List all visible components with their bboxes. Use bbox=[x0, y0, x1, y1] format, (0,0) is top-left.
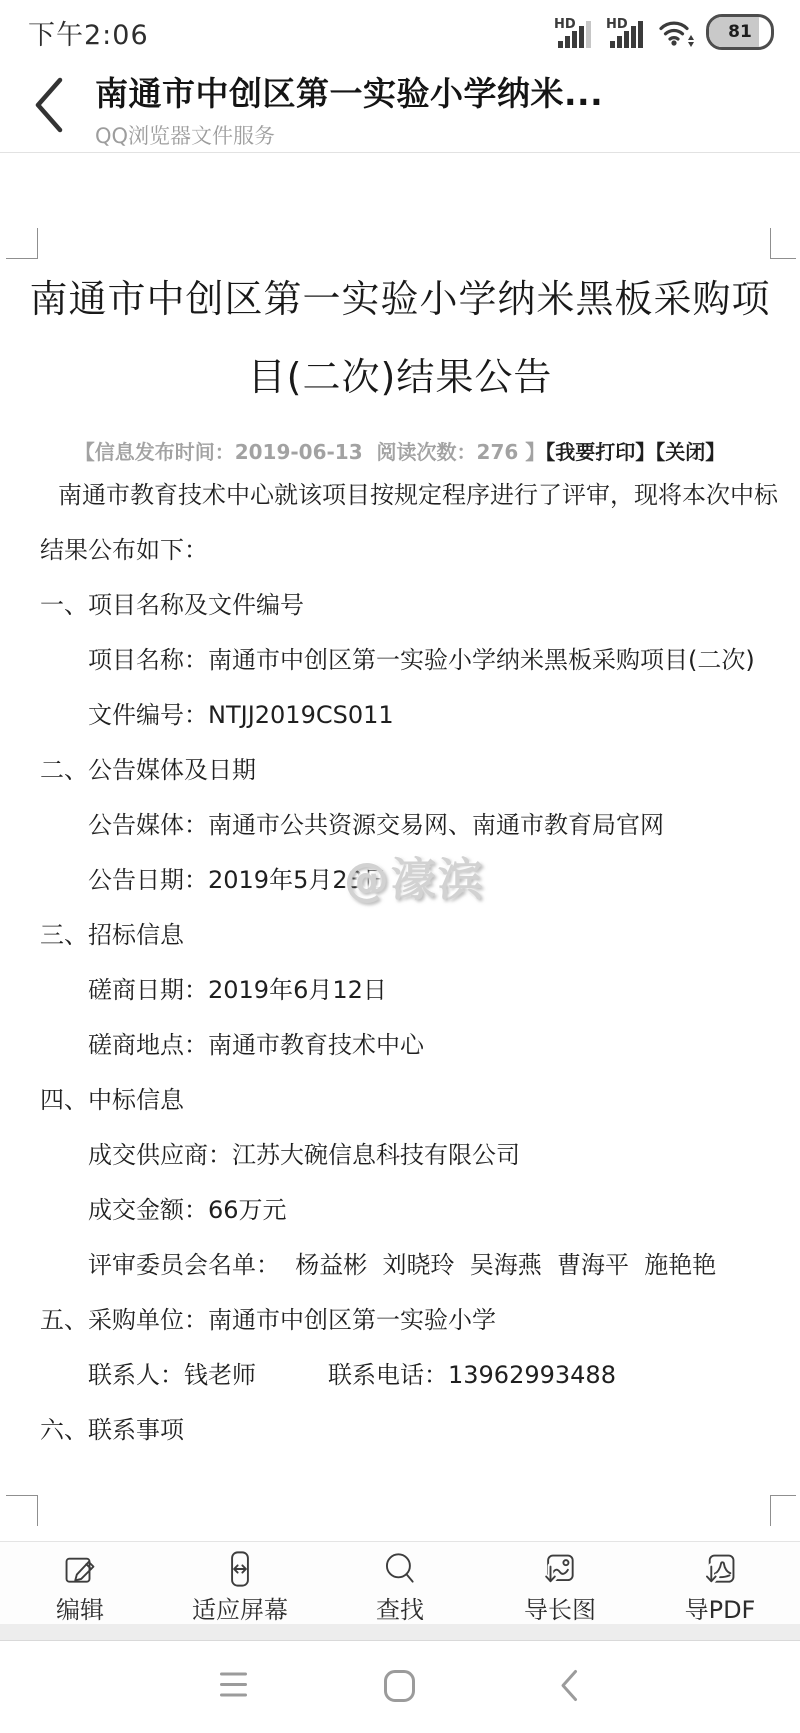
doc-field: 联系人：钱老师 联系电话：13962993488 bbox=[0, 1348, 800, 1403]
corner-mark-top-right bbox=[770, 258, 796, 259]
corner-mark-bottom-left bbox=[6, 1495, 38, 1496]
battery-percent: 81 bbox=[709, 17, 771, 47]
tool-label: 导PDF bbox=[685, 1590, 756, 1625]
tool-label: 适应屏幕 bbox=[192, 1590, 288, 1625]
close-link: 【关闭】 bbox=[655, 440, 725, 464]
back-icon bbox=[560, 1669, 578, 1702]
document-title: 南通市中创区第一实验小学纳米黑板采购项 目(二次)结果公告 bbox=[0, 153, 800, 416]
corner-mark-top-left bbox=[37, 228, 38, 259]
doc-section-heading: 五、采购单位：南通市中创区第一实验小学 bbox=[0, 1293, 800, 1348]
hd-signal-icon: HD bbox=[554, 16, 596, 48]
edit-button[interactable]: 编辑 bbox=[0, 1542, 160, 1625]
doc-paragraph: 南通市教育技术中心就该项目按规定程序进行了评审，现将本次中标 bbox=[0, 468, 800, 523]
header-text: 南通市中创区第一实验小学纳米... QQ浏览器文件服务 bbox=[95, 68, 603, 150]
doc-section-heading: 二、公告媒体及日期 bbox=[0, 743, 800, 798]
document-meta-line: 【信息发布时间：2019-06-13 阅读次数：276 】【我要打印】【关闭】 bbox=[0, 436, 800, 468]
document-view: 南通市中创区第一实验小学纳米黑板采购项 目(二次)结果公告 【信息发布时间：20… bbox=[0, 153, 800, 1540]
edit-icon bbox=[57, 1550, 103, 1588]
doc-field: 项目名称：南通市中创区第一实验小学纳米黑板采购项目(二次) bbox=[0, 633, 800, 688]
recents-icon bbox=[220, 1672, 247, 1697]
wifi-icon bbox=[658, 17, 696, 47]
svg-text:HD: HD bbox=[606, 17, 628, 32]
doc-section-heading: 三、招标信息 bbox=[0, 908, 800, 963]
corner-mark-bottom-right bbox=[770, 1495, 796, 1496]
print-link: 【我要打印】 bbox=[545, 440, 655, 464]
file-service-label: QQ浏览器文件服务 bbox=[95, 120, 603, 150]
doc-field: 成交供应商：江苏大碗信息科技有限公司 bbox=[0, 1128, 800, 1183]
doc-field: 文件编号：NTJJ2019CS011 bbox=[0, 688, 800, 743]
watermark: @濠滨 bbox=[344, 843, 485, 908]
corner-mark-top-right bbox=[770, 228, 771, 259]
doc-section-heading: 六、联系事项 bbox=[0, 1403, 800, 1458]
tool-label: 编辑 bbox=[56, 1590, 104, 1625]
search-icon bbox=[377, 1550, 423, 1588]
svg-text:HD: HD bbox=[554, 17, 576, 32]
tool-label: 导长图 bbox=[524, 1590, 596, 1625]
document-title-line1: 南通市中创区第一实验小学纳米黑板采购项 bbox=[0, 260, 800, 338]
doc-field: 成交金额：66万元 bbox=[0, 1183, 800, 1238]
fit-screen-button[interactable]: 适应屏幕 bbox=[160, 1542, 320, 1625]
doc-section-heading: 一、项目名称及文件编号 bbox=[0, 578, 800, 633]
navigation-bar bbox=[0, 1641, 800, 1733]
clock: 下午2:06 bbox=[28, 13, 149, 52]
fit-screen-icon bbox=[217, 1550, 263, 1588]
status-bar: 下午2:06 HD HD bbox=[0, 0, 800, 58]
tool-label: 查找 bbox=[376, 1590, 424, 1625]
doc-section-heading: 四、中标信息 bbox=[0, 1073, 800, 1128]
export-long-image-icon bbox=[537, 1550, 583, 1588]
bottom-toolbar: 编辑 适应屏幕 查找 bbox=[0, 1541, 800, 1625]
app-header: 南通市中创区第一实验小学纳米... QQ浏览器文件服务 bbox=[0, 58, 800, 153]
phone-screen: 下午2:06 HD HD bbox=[0, 0, 800, 1733]
corner-mark-bottom-right bbox=[770, 1495, 771, 1526]
corner-mark-bottom-left bbox=[37, 1495, 38, 1526]
doc-field: 磋商地点：南通市教育技术中心 bbox=[0, 1018, 800, 1073]
doc-field: 评审委员会名单： 杨益彬 刘晓玲 吴海燕 曹海平 施艳艳 bbox=[0, 1238, 800, 1293]
home-button[interactable] bbox=[384, 1670, 415, 1706]
document-body: 南通市教育技术中心就该项目按规定程序进行了评审，现将本次中标 结果公布如下： 一… bbox=[0, 468, 800, 1458]
toolbar-bottom-strip bbox=[0, 1624, 800, 1641]
battery-icon: 81 bbox=[706, 14, 774, 50]
export-long-image-button[interactable]: 导长图 bbox=[480, 1542, 640, 1625]
find-button[interactable]: 查找 bbox=[320, 1542, 480, 1625]
hd-signal-icon: HD bbox=[606, 16, 648, 48]
home-icon bbox=[384, 1670, 415, 1702]
corner-mark-top-left bbox=[6, 258, 38, 259]
recents-button[interactable] bbox=[220, 1672, 247, 1701]
export-pdf-icon bbox=[697, 1550, 743, 1588]
publish-info: 【信息发布时间：2019-06-13 阅读次数：276 】 bbox=[75, 440, 546, 464]
document-title-line2: 目(二次)结果公告 bbox=[0, 338, 800, 416]
doc-paragraph: 结果公布如下： bbox=[0, 523, 800, 578]
nav-back-button[interactable] bbox=[560, 1669, 578, 1706]
file-title: 南通市中创区第一实验小学纳米... bbox=[95, 68, 603, 115]
status-icons: HD HD bbox=[554, 14, 774, 50]
back-button[interactable] bbox=[32, 74, 70, 136]
export-pdf-button[interactable]: 导PDF bbox=[640, 1542, 800, 1625]
doc-field: 磋商日期：2019年6月12日 bbox=[0, 963, 800, 1018]
back-chevron-icon bbox=[38, 80, 60, 130]
